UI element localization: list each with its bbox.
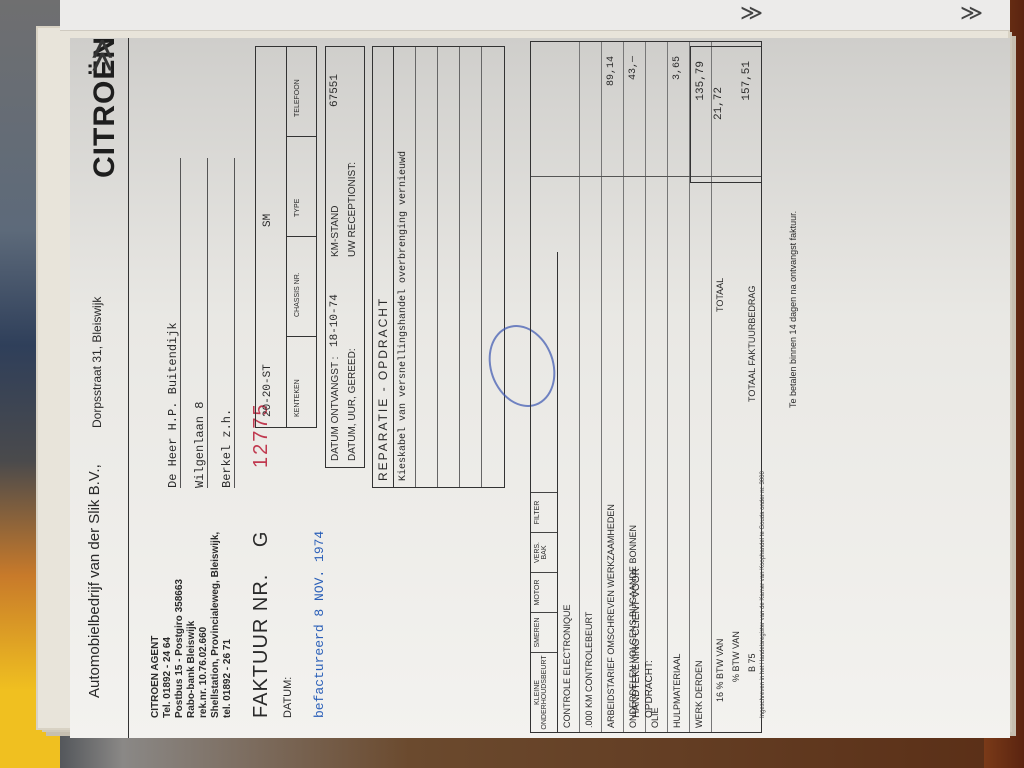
header-lubricate: SMEREN — [531, 612, 557, 652]
header-small-service: KLEINE ONDERHOUDSBEURT — [531, 652, 557, 732]
customer-address: De Heer H.P. Buitendijk Wilgenlaan 8 Ber… — [160, 322, 241, 488]
received-label: DATUM ONTVANGST : — [330, 357, 341, 461]
citroen-chevron-icon: ≫ — [960, 0, 983, 26]
cost-row: ARBEIDSTARIEF OMSCHREVEN WERKZAAMHEDEN89… — [601, 42, 624, 732]
cost-amount: 3,65 — [672, 56, 683, 80]
cost-header: KLEINE ONDERHOUDSBEURT SMEREN MOTOR VERS… — [531, 252, 558, 732]
company-address: Dorpsstraat 31, Bleiswijk — [90, 297, 104, 428]
agent-line: Shellstation, Provincialeweg, Bleiswijk, — [210, 532, 222, 718]
type-label: TYPE — [294, 199, 301, 217]
repair-line — [438, 47, 460, 487]
total-value: 135,79 — [695, 61, 707, 101]
agent-line: tel. 01892 - 26 71 — [222, 532, 234, 718]
dates-box: DATUM ONTVANGST : 18-10-74 KM-STAND 6755… — [325, 46, 365, 468]
cost-row: CONTROLE ELECTRONIQUE — [557, 42, 580, 732]
invoice-title-label: FAKTUUR NR. — [250, 574, 272, 718]
top-sheet-edge: ≫ ≫ — [60, 0, 1010, 31]
repair-title: REPARATIE - OPDRACHT — [373, 47, 394, 487]
address-rule — [207, 158, 208, 488]
address-rule — [234, 158, 235, 488]
vat-value: 21,72 — [713, 87, 725, 120]
divider — [286, 136, 316, 137]
receptionist-label: UW RECEPTIONIST: — [347, 162, 358, 257]
repair-line: Kieskabel van versnellingshandel overbre… — [394, 47, 416, 487]
total-label: TOTAAL — [715, 278, 725, 312]
b-code: B 75 — [747, 653, 757, 672]
grand-total-label: TOTAAL FAKTUURBEDRAG — [747, 286, 757, 402]
cost-label: WERK DERDEN — [694, 660, 704, 728]
agent-line: Tel. 01892 - 24 64 — [162, 532, 174, 718]
customer-line: De Heer H.P. Buitendijk — [160, 322, 187, 488]
cost-label: ARBEIDSTARIEF OMSCHREVEN WERKZAAMHEDEN — [606, 504, 616, 728]
citroen-chevron-icon: ≫ — [740, 0, 763, 26]
chassis-label: CHASSIS NR. — [294, 272, 301, 317]
divider — [286, 336, 316, 337]
header-rule — [128, 38, 129, 738]
phone-label: TELEFOON — [294, 79, 301, 117]
ready-label: DATUM, UUR, GEREED: — [347, 348, 358, 461]
cost-amount: 89,14 — [606, 56, 617, 86]
payment-note: Te betalen binnen 14 dagen na ontvangst … — [788, 211, 798, 408]
vehicle-type: SM — [262, 214, 274, 227]
cost-row: HULPMATERIAAL3,65 — [667, 42, 690, 732]
cost-label: .000 KM CONTROLEBEURT — [584, 612, 594, 728]
agent-line: CITROEN AGENT — [150, 532, 162, 718]
cost-label: CONTROLE ELECTRONIQUE — [562, 604, 572, 728]
invoice-page: Automobielbedrijf van der Slik B.V., Dor… — [70, 38, 1010, 738]
date-label: DATUM: — [282, 677, 294, 718]
divider — [286, 236, 316, 237]
header-engine: MOTOR — [531, 572, 557, 612]
repair-line — [416, 47, 438, 487]
invoice-series: G — [250, 531, 272, 548]
divider — [286, 47, 287, 427]
grand-total-value: 157,51 — [741, 61, 753, 101]
totals-box: 135,79 21,72 157,51 — [690, 46, 762, 183]
received-date: 18-10-74 — [329, 294, 341, 347]
repair-line — [482, 47, 504, 487]
agent-block: CITROEN AGENT Tel. 01892 - 24 64 Postbus… — [150, 532, 234, 718]
agent-line: rek.nr. 10.76.02.660 — [198, 532, 210, 718]
cost-amount: 43,— — [628, 56, 639, 80]
invoiced-stamp: befactureerd 8 NOV. 1974 — [312, 531, 327, 718]
header-filter: FILTER — [531, 492, 557, 532]
repair-line — [460, 47, 482, 487]
header-gearbox: VERS. BAK — [531, 532, 557, 572]
km-value: 67551 — [329, 74, 341, 107]
agent-line: Rabo-bank Bleiswijk — [186, 532, 198, 718]
km-label: KM-STAND — [330, 206, 341, 257]
license-label: KENTEKEN — [294, 379, 301, 417]
customer-line: Wilgenlaan 8 — [187, 322, 214, 488]
agent-line: Postbus 15 - Postgiro 358663 — [174, 532, 186, 718]
signature-label: HANDTEKENING CLIENT VOOR OPDRACHT: — [630, 558, 656, 718]
company-name: Automobielbedrijf van der Slik B.V., — [86, 464, 103, 698]
cost-label: HULPMATERIAAL — [672, 654, 682, 728]
invoice-title: FAKTUUR NR. G — [250, 531, 273, 718]
address-rule — [180, 158, 181, 488]
registry-footer: Ingeschreven in het Handelsregister van … — [760, 471, 766, 718]
vat2-label: % BTW VAN — [731, 631, 741, 682]
repair-order: REPARATIE - OPDRACHT Kieskabel van versn… — [372, 46, 505, 488]
customer-line: Berkel z.h. — [214, 322, 241, 488]
cost-row: .000 KM CONTROLEBEURT — [579, 42, 602, 732]
citroen-double-chevron-icon: ≫ — [82, 37, 122, 73]
license-plate: 20-20-ST — [262, 364, 274, 417]
vat-label: 16 % BTW VAN — [715, 639, 725, 702]
vehicle-box: 20-20-ST SM KENTEKEN CHASSIS NR. TYPE TE… — [255, 46, 317, 428]
